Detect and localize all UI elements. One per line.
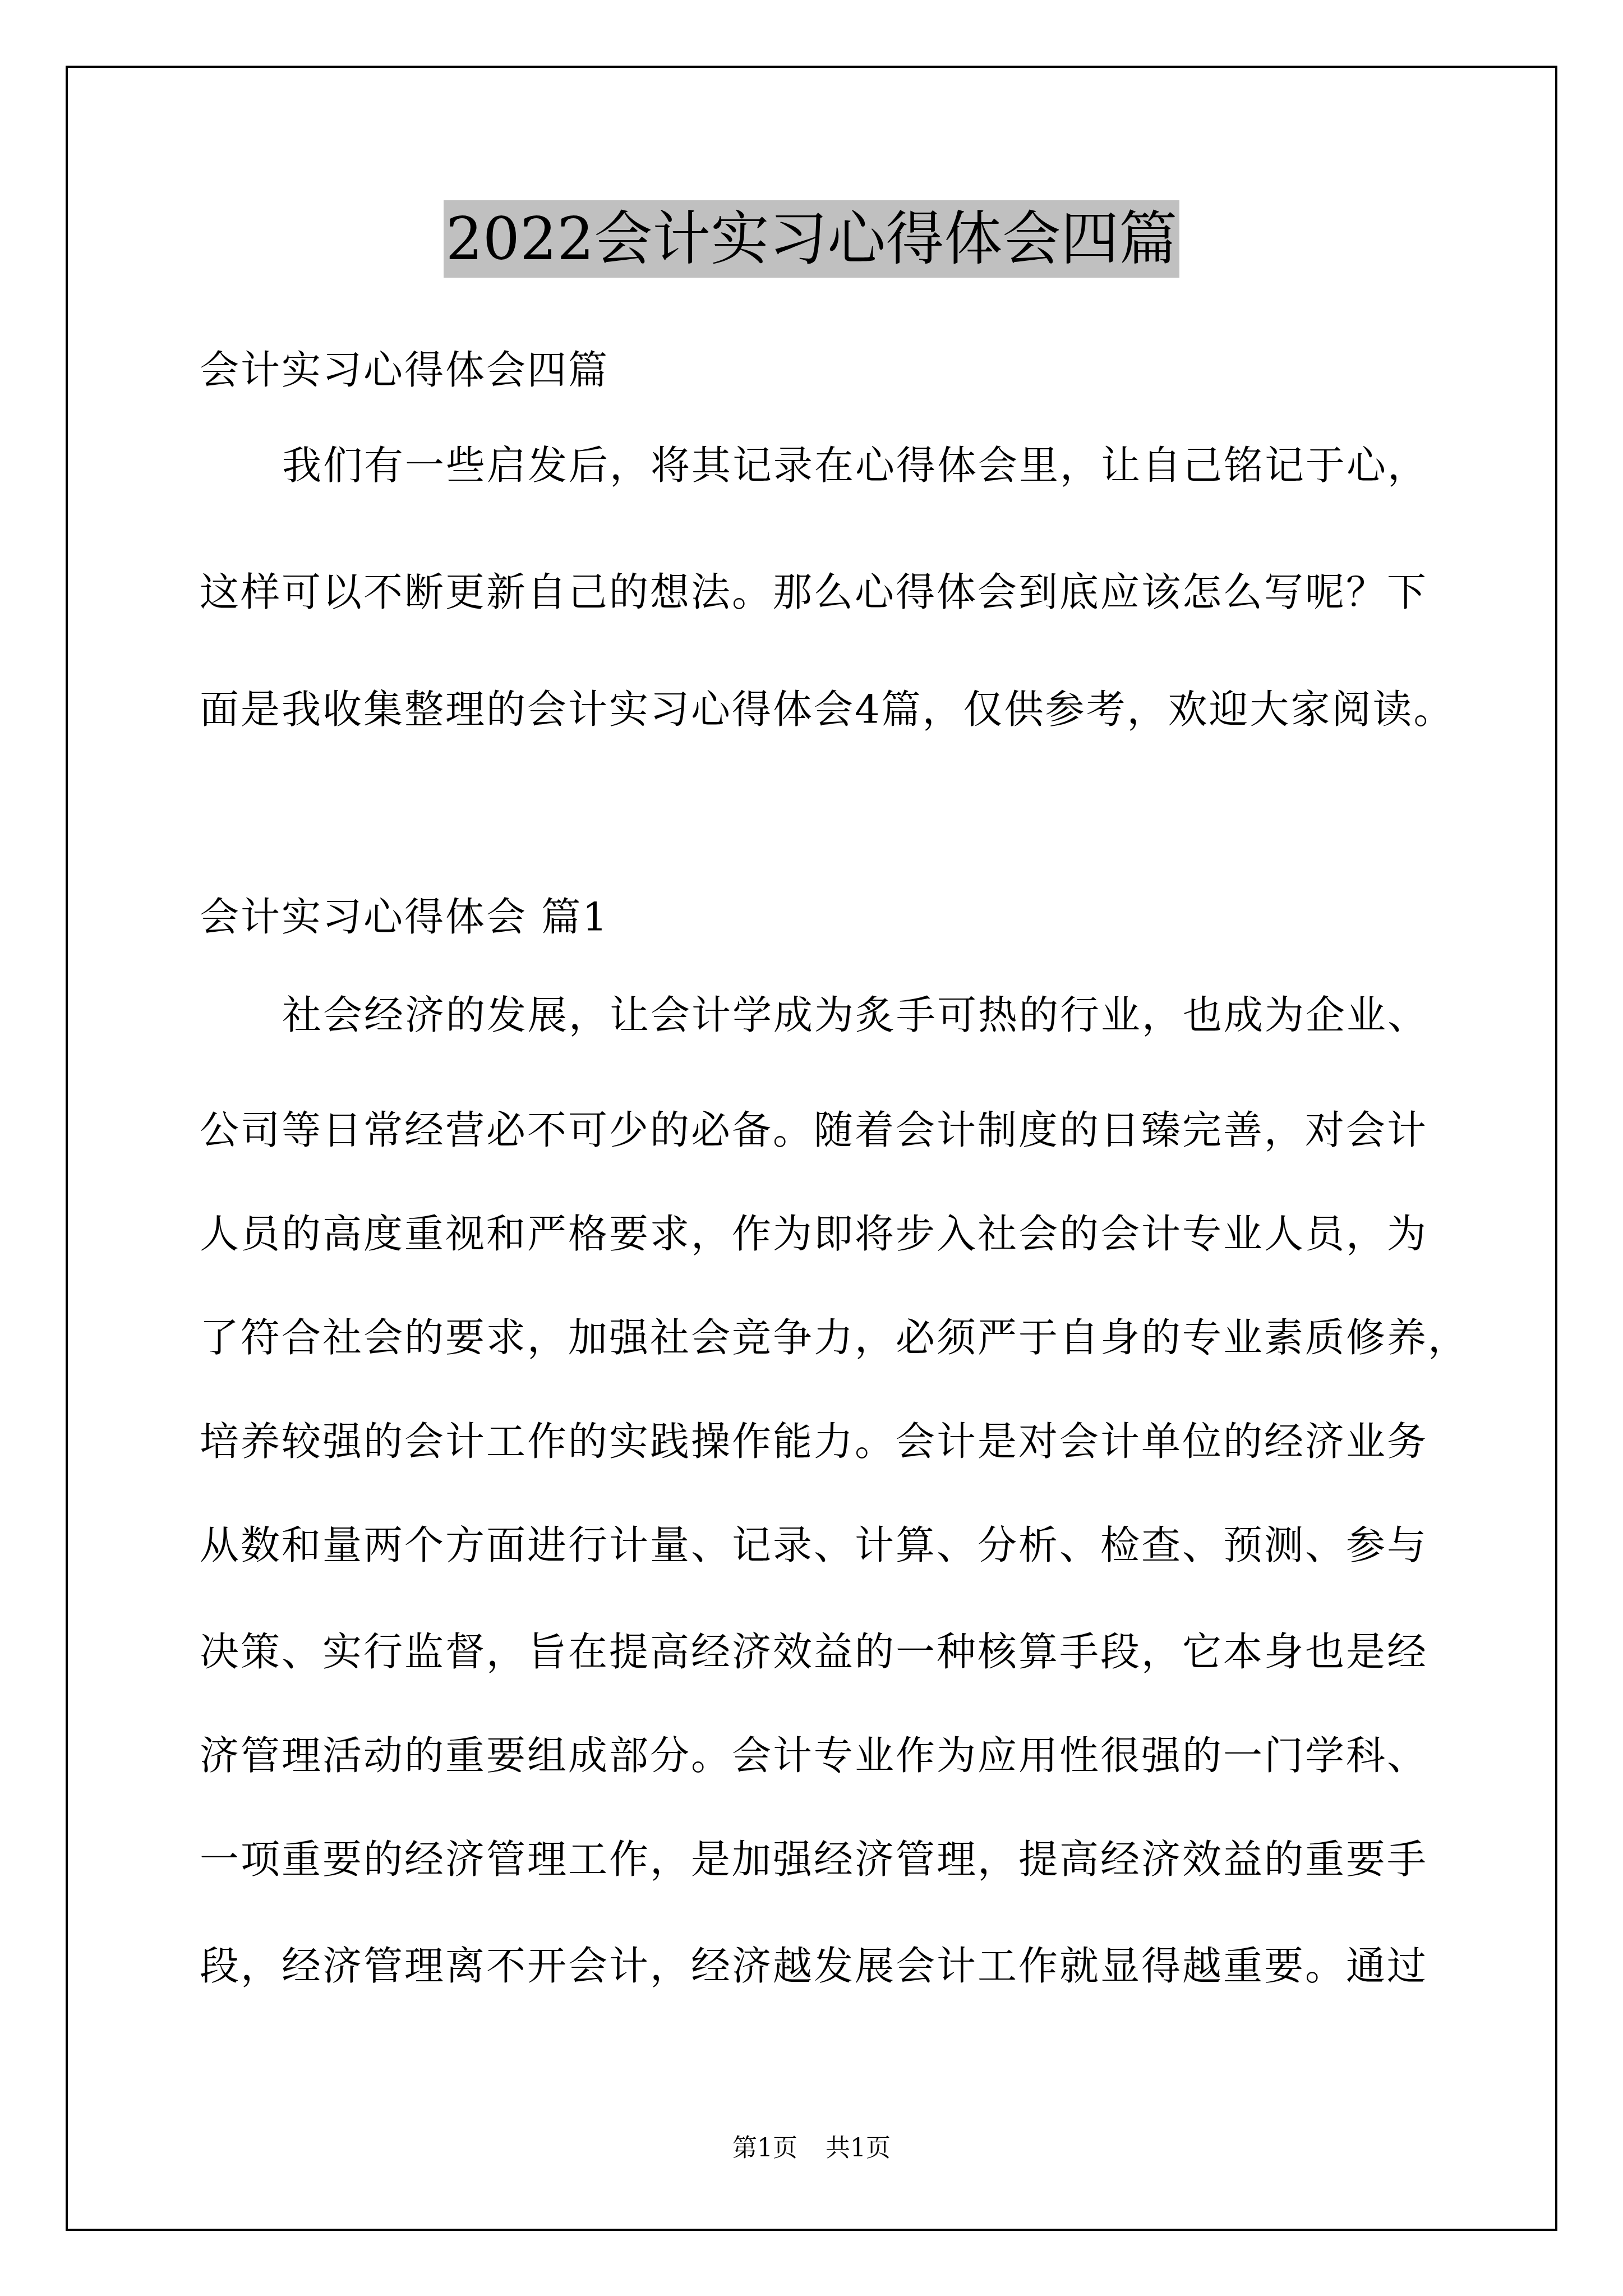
section-heading: 会计实习心得体会 篇1 — [200, 895, 609, 940]
paragraph-line: 决策、实行监督，旨在提高经济效益的一种核算手段，它本身也是经 — [200, 1630, 1428, 1674]
intro-line: 面是我收集整理的会计实习心得体会4篇，仅供参考，欢迎大家阅读。 — [200, 687, 1455, 732]
paragraph-line: 社会经济的发展，让会计学成为炙手可热的行业，也成为企业、 — [282, 993, 1428, 1038]
page-number-total: 共1页 — [826, 2132, 891, 2165]
paragraph-line: 培养较强的会计工作的实践操作能力。会计是对会计单位的经济业务 — [200, 1419, 1428, 1464]
paragraph-line: 段，经济管理离不开会计，经济越发展会计工作就显得越重要。通过 — [200, 1944, 1428, 1989]
document-title: 2022会计实习心得体会四篇 — [444, 200, 1180, 278]
intro-line: 我们有一些启发后，将其记录在心得体会里，让自己铭记于心， — [282, 443, 1428, 488]
page-footer: 第1页共1页 — [0, 2132, 1623, 2165]
page-number-current: 第1页 — [732, 2132, 797, 2165]
paragraph-line: 了符合社会的要求，加强社会竞争力，必须严于自身的专业素质修养， — [200, 1315, 1469, 1360]
paragraph-line: 人员的高度重视和严格要求，作为即将步入社会的会计专业人员，为 — [200, 1212, 1428, 1257]
paragraph-line: 一项重要的经济管理工作，是加强经济管理，提高经济效益的重要手 — [200, 1837, 1428, 1882]
title-container: 2022会计实习心得体会四篇 — [0, 200, 1623, 278]
intro-line: 这样可以不断更新自己的想法。那么心得体会到底应该怎么写呢？下 — [200, 570, 1428, 615]
paragraph-line: 济管理活动的重要组成部分。会计专业作为应用性很强的一门学科、 — [200, 1733, 1428, 1778]
paragraph-line: 从数和量两个方面进行计量、记录、计算、分析、检查、预测、参与 — [200, 1523, 1428, 1568]
paragraph-line: 公司等日常经营必不可少的必备。随着会计制度的日臻完善，对会计 — [200, 1108, 1428, 1153]
subtitle: 会计实习心得体会四篇 — [200, 348, 609, 393]
